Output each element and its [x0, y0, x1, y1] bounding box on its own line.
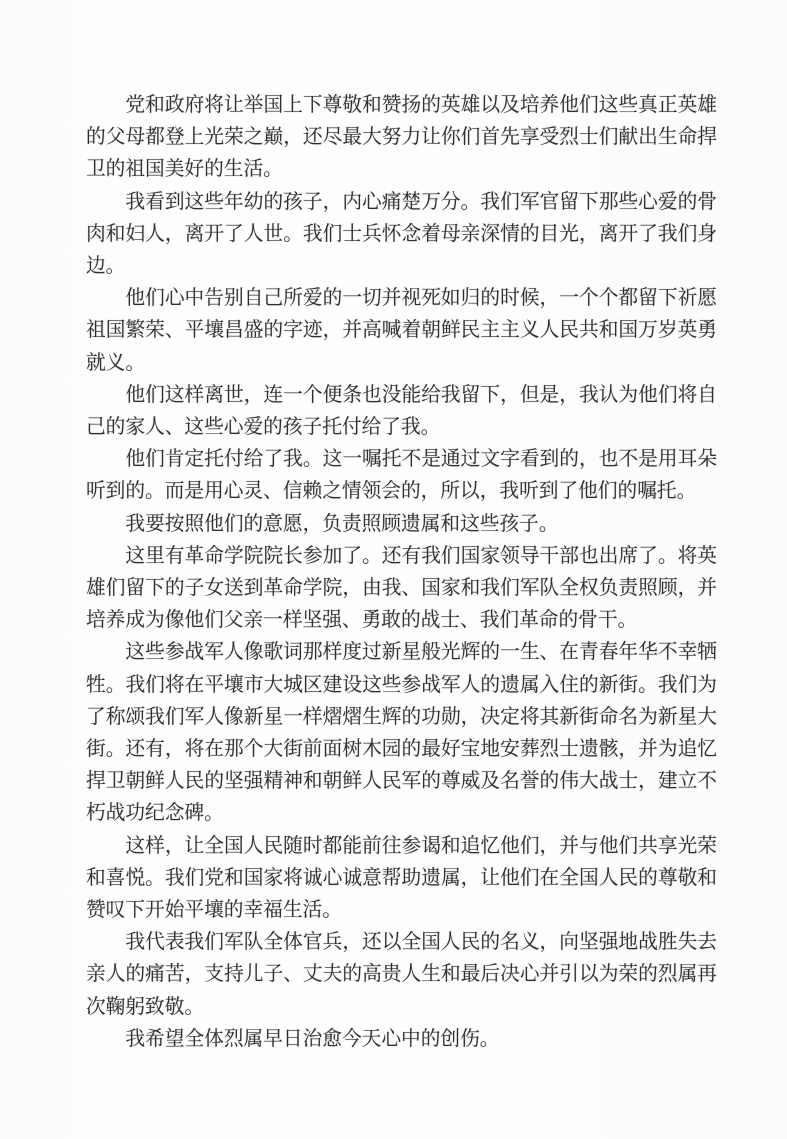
paragraph: 这里有革命学院院长参加了。还有我们国家领导干部也出席了。将英雄们留下的子女送到革…	[86, 540, 717, 637]
paragraph: 我希望全体烈属早日治愈今天心中的创伤。	[86, 1023, 717, 1055]
paragraph: 我要按照他们的意愿，负责照顾遗属和这些孩子。	[86, 508, 717, 540]
paragraph: 他们肯定托付给了我。这一嘱托不是通过文字看到的，也不是用耳朵听到的。而是用心灵、…	[86, 443, 717, 507]
paragraph: 他们这样离世，连一个便条也没能给我留下，但是，我认为他们将自己的家人、这些心爱的…	[86, 379, 717, 443]
document-page: 党和政府将让举国上下尊敬和赞扬的英雄以及培养他们这些真正英雄的父母都登上光荣之巅…	[0, 0, 787, 1139]
paragraph: 党和政府将让举国上下尊敬和赞扬的英雄以及培养他们这些真正英雄的父母都登上光荣之巅…	[86, 89, 717, 186]
paragraph: 这些参战军人像歌词那样度过新星般光辉的一生、在青春年华不幸牺牲。我们将在平壤市大…	[86, 636, 717, 829]
paragraph: 我看到这些年幼的孩子，内心痛楚万分。我们军官留下那些心爱的骨肉和妇人，离开了人世…	[86, 186, 717, 283]
paragraph: 这样，让全国人民随时都能前往参谒和追忆他们，并与他们共享光荣和喜悦。我们党和国家…	[86, 830, 717, 927]
paragraph: 我代表我们军队全体官兵，还以全国人民的名义，向坚强地战胜失去亲人的痛苦，支持儿子…	[86, 926, 717, 1023]
document-body: 党和政府将让举国上下尊敬和赞扬的英雄以及培养他们这些真正英雄的父母都登上光荣之巅…	[86, 89, 717, 1055]
paragraph: 他们心中告别自己所爱的一切并视死如归的时候，一个个都留下祈愿祖国繁荣、平壤昌盛的…	[86, 282, 717, 379]
